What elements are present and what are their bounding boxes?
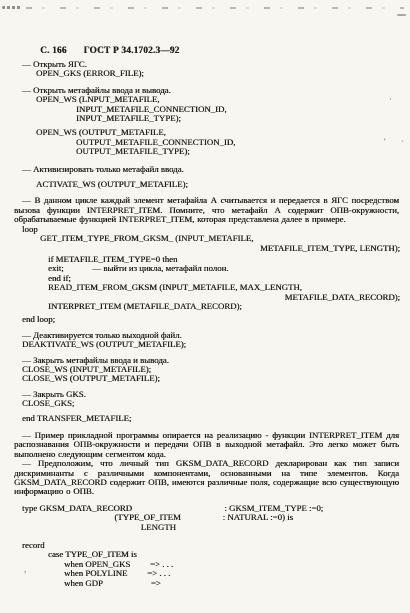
scan-noise-dashes (26, 7, 404, 9)
scan-speck: · (389, 95, 392, 104)
scan-noise-dash (397, 14, 406, 16)
code-line: METAFILE_ITEM_TYPE, LENGTH); (0, 244, 410, 253)
paragraph: — Пример прикладной программы опирается … (14, 431, 399, 459)
scan-speck: , (24, 565, 26, 574)
document-body: — Открыть ЯГС.OPEN_GKS (ERROR_FILE);— От… (0, 60, 410, 588)
code-line: when OPEN_GKS => . . . (0, 560, 410, 569)
scan-noise-squiggle (2, 6, 22, 9)
code-line: end TRANSFER_METAFILE; (0, 414, 410, 423)
code-line: OPEN_GKS (ERROR_FILE); (0, 69, 410, 78)
code-line: INPUT_METAFILE_CONNECTION_ID, (0, 105, 410, 114)
code-line: LENGTH (0, 523, 410, 532)
code-line: OUTPUT_METAFILE_TYPE); (0, 147, 410, 156)
code-line: case TYPE_OF_ITEM is (0, 550, 410, 559)
code-line: ACTIVATE_WS (OUTPUT_METAFILE); (0, 180, 410, 189)
scan-speck: ' (384, 138, 386, 147)
code-line: CLOSE_WS (OUTPUT_METAFILE); (0, 374, 410, 383)
code-line: INTERPRET_ITEM (METAFILE_DATA_RECORD); (0, 302, 410, 311)
scan-speck: ` (401, 140, 404, 149)
code-line: when POLYLINE => . . . (0, 569, 410, 578)
code-line: OUTPUT_METAFILE_CONNECTION_ID, (0, 138, 410, 147)
standard-reference: ГОСТ Р 34.1702.3—92 (84, 46, 180, 56)
code-line: end loop; (0, 315, 410, 324)
code-line: — Активизировать только метафайл ввода. (0, 165, 410, 174)
code-line: when GDP => (0, 579, 410, 588)
paragraph: — Предположим, что личный тип GKSM_DATA_… (14, 459, 399, 497)
page-number: С. 166 (40, 46, 67, 56)
scanned-document-page: С. 166ГОСТ Р 34.1702.3—92 — Открыть ЯГС.… (0, 0, 410, 613)
paragraph: — В данном цикле каждый элемент метафайл… (14, 196, 399, 224)
code-line: INPUT_METAFILE_TYPE); (0, 114, 410, 123)
code-line: DEAKTIVATE_WS (OUTPUT_METAFILE); (0, 340, 410, 349)
code-line: CLOSE_GKS; (0, 399, 410, 408)
